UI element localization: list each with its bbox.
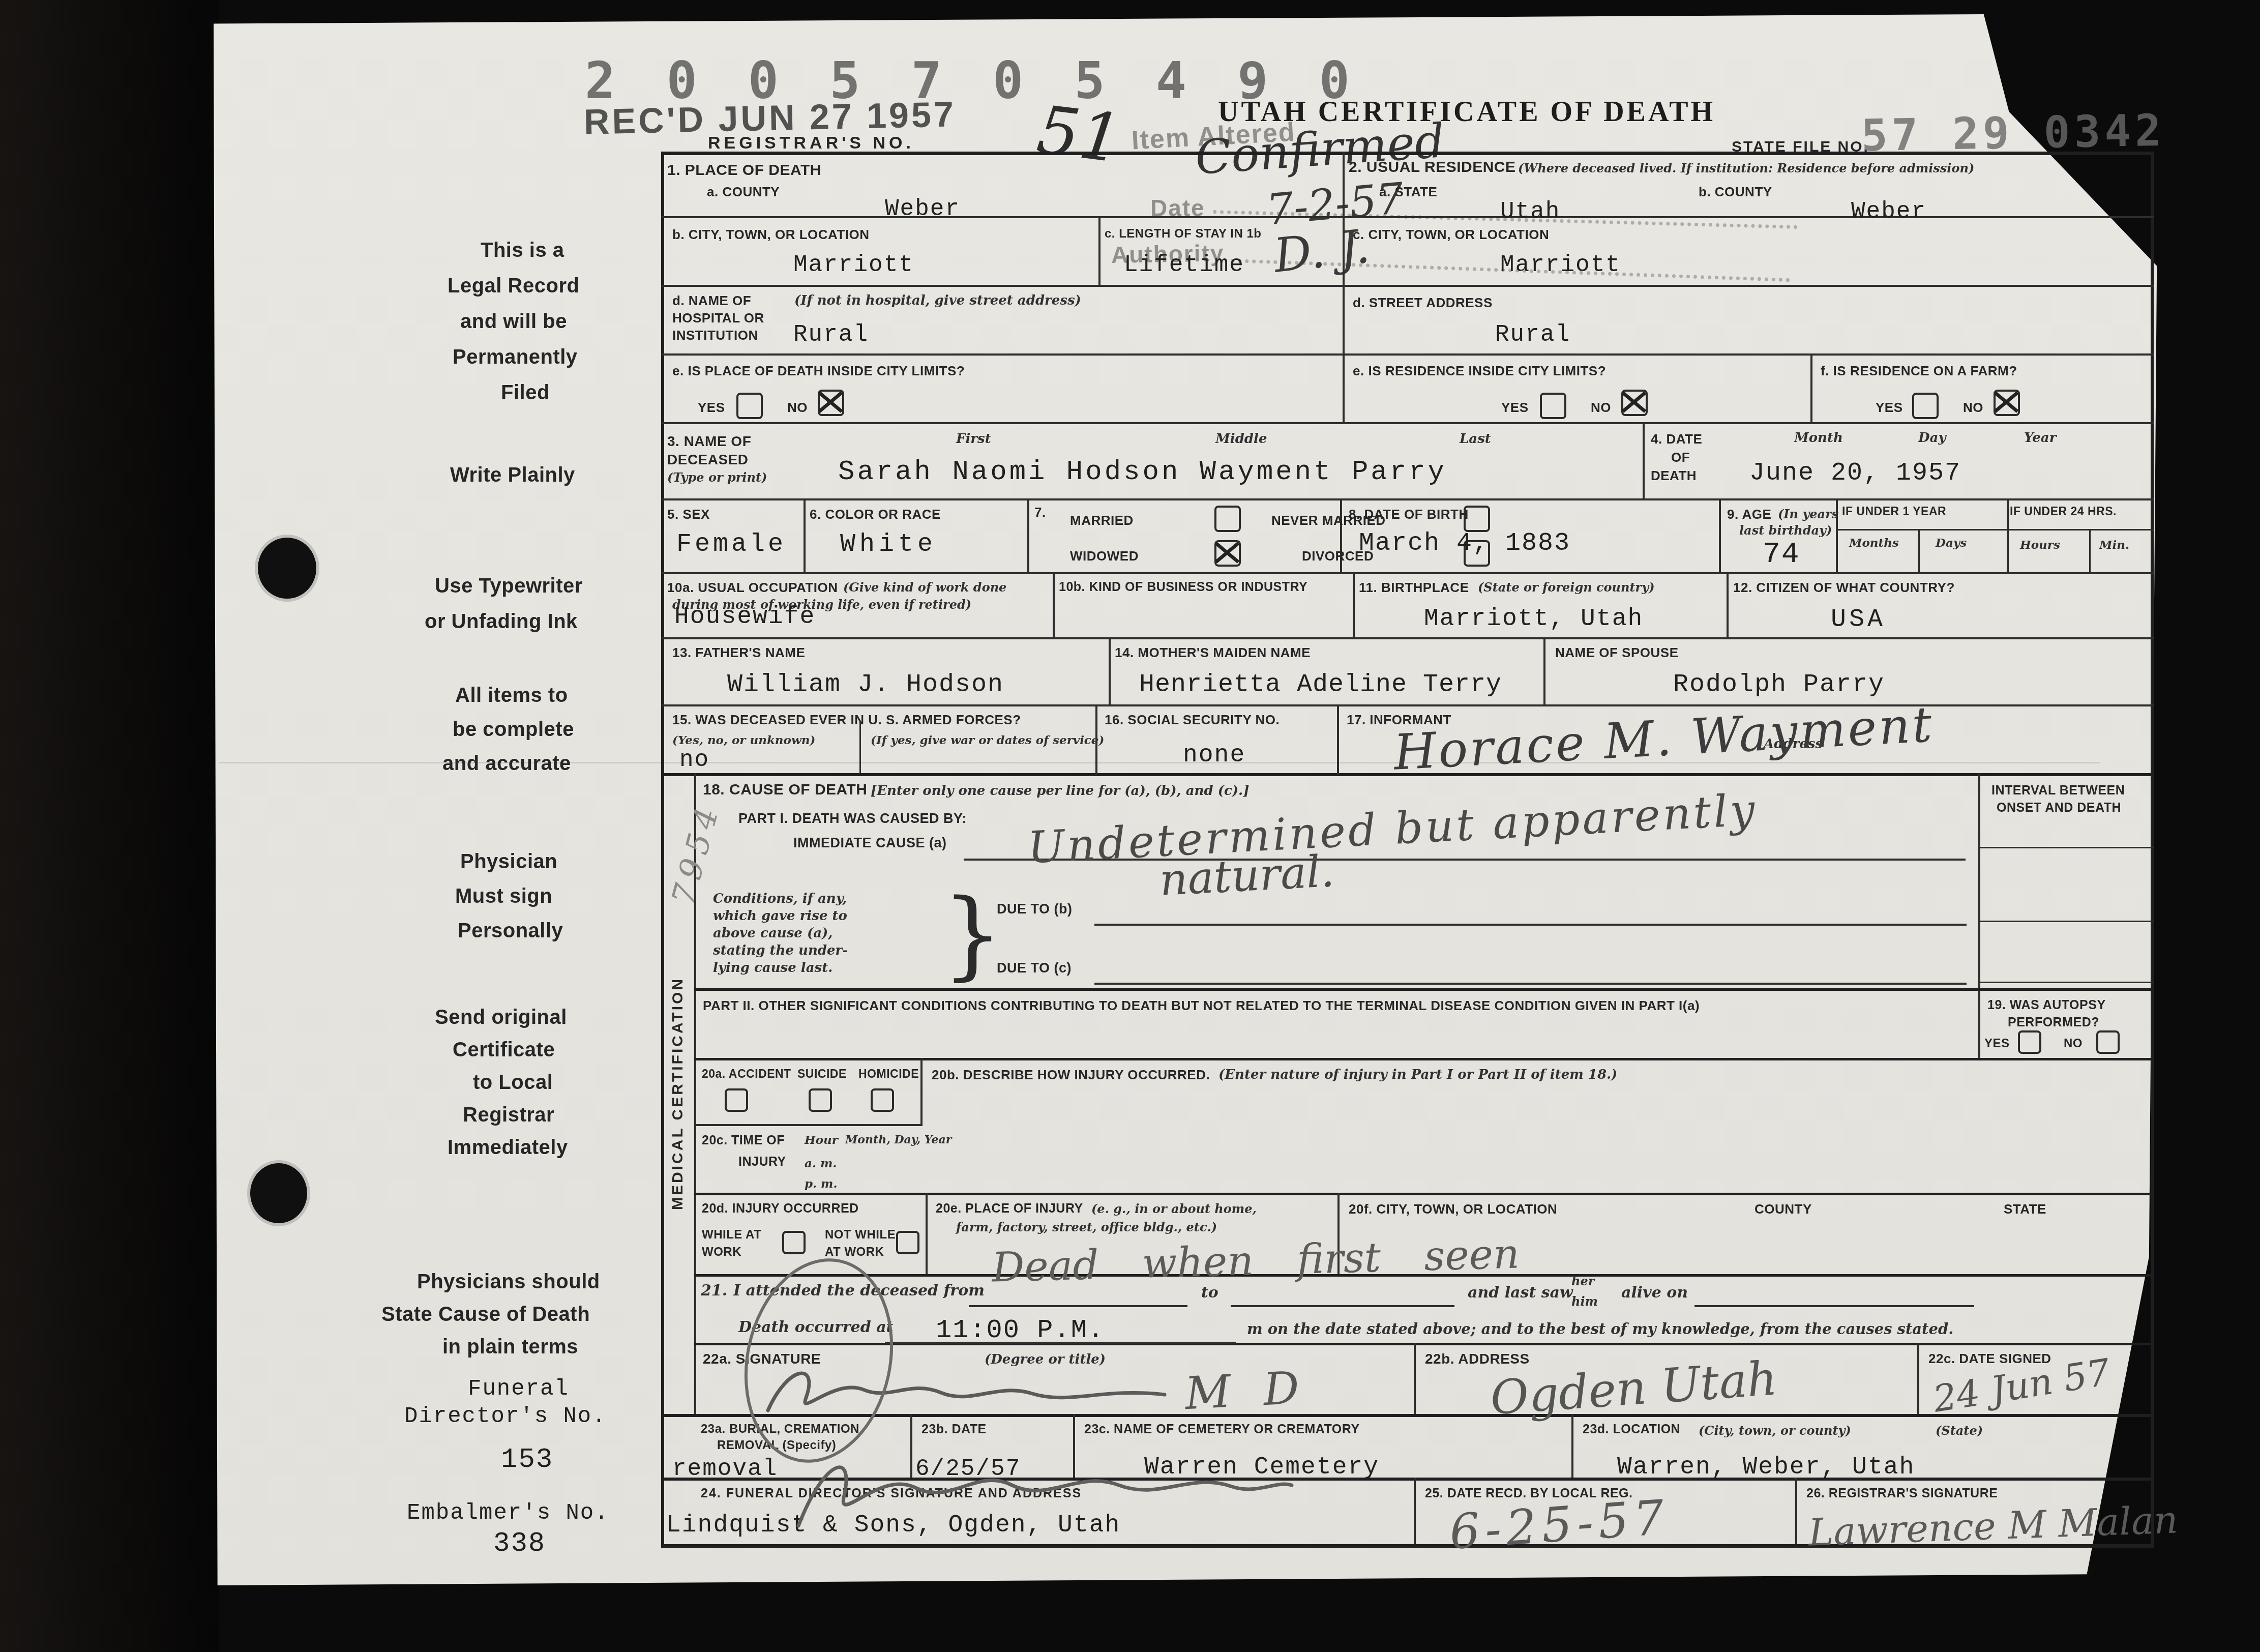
punch-hole (250, 1163, 307, 1223)
conditions-note: above cause (a), (713, 926, 832, 941)
scanner-background (0, 0, 219, 1652)
grid-line (1337, 704, 1339, 775)
margin-plain-terms: Physicians should (417, 1271, 600, 1293)
dod-value: June 20, 1957 (1749, 459, 1961, 488)
industry-label: 10b. KIND OF BUSINESS OR INDUSTRY (1059, 580, 1307, 595)
location-state-note: (State) (1936, 1423, 1983, 1438)
age-note: last birthday) (1739, 523, 1832, 538)
death-time-value: 11:00 P.M. (936, 1315, 1105, 1345)
funeral-director-no-label: Director's No. (404, 1404, 607, 1429)
middle-header: Middle (1215, 431, 1267, 447)
margin-use-typewriter: or Unfading Ink (425, 610, 578, 633)
armed-forces-note: (Yes, no, or unknown) (672, 733, 815, 747)
margin-physician-sign: Personally (458, 920, 563, 942)
hours-header: Hours (2020, 538, 2060, 552)
injury-state-label: STATE (2004, 1201, 2046, 1217)
deceased-name-value: Sarah Naomi Hodson Wayment Parry (838, 457, 1447, 488)
autopsy-label: PERFORMED? (2008, 1015, 2099, 1030)
conditions-brace: } (942, 886, 1003, 983)
race-value: White (840, 530, 937, 559)
pod-county-label: a. COUNTY (707, 184, 780, 200)
time-of-injury-label: INJURY (738, 1155, 786, 1169)
grid-line (1810, 353, 1812, 424)
grid-line (1571, 1414, 1573, 1478)
occupation-value: Housewife (674, 603, 815, 631)
due-to-c-label: DUE TO (c) (997, 960, 1072, 976)
ur-limits-no-label: NO (1591, 400, 1611, 416)
dod-label: 4. DATE (1651, 431, 1702, 447)
immediate-cause-label: IMMEDIATE CAUSE (a) (793, 835, 947, 851)
death-statement: m on the date stated above; and to the b… (1247, 1320, 1953, 1338)
ur-city-label: c. CITY, TOWN, OR LOCATION (1353, 227, 1549, 243)
margin-send-original: Send original (435, 1006, 567, 1029)
while-at-work-label: WHILE AT (702, 1228, 761, 1242)
embalmer-no-label: Embalmer's No. (407, 1500, 609, 1526)
occupation-label: 10a. USUAL OCCUPATION (667, 580, 838, 596)
ur-limits-yes-label: YES (1501, 400, 1529, 416)
injury-occurred-label: 20d. INJURY OCCURRED (702, 1201, 859, 1216)
grid-line (694, 988, 2154, 991)
autopsy-label: 19. WAS AUTOPSY (1987, 998, 2106, 1013)
ur-city-value: Marriott (1500, 252, 1621, 278)
dob-label: 8. DATE OF BIRTH (1349, 507, 1469, 522)
day-header: Day (1918, 430, 1946, 446)
homicide-checkbox (871, 1088, 894, 1112)
autopsy-yes-checkbox (2018, 1030, 2041, 1054)
armed-forces-label: 15. WAS DECEASED EVER IN U. S. ARMED FOR… (672, 712, 1021, 728)
margin-legal-record: This is a (481, 239, 564, 262)
interval-label: INTERVAL BETWEEN (1991, 783, 2125, 798)
margin-physician-sign: Must sign (455, 885, 552, 908)
grid-line (804, 498, 806, 574)
month-day-year-header: Month, Day, Year (845, 1133, 951, 1146)
days-header: Days (1936, 536, 1967, 550)
injury-desc-label: 20b. DESCRIBE HOW INJURY OCCURRED. (932, 1067, 1210, 1083)
pod-hospital-label: HOSPITAL OR (672, 310, 764, 326)
name-label: 3. NAME OF (667, 433, 751, 450)
dod-label: DEATH (1651, 468, 1697, 484)
sex-label: 5. SEX (667, 507, 710, 522)
injury-city-label: 20f. CITY, TOWN, OR LOCATION (1349, 1201, 1557, 1217)
margin-send-original: to Local (473, 1071, 553, 1094)
grid-line (1917, 1343, 1919, 1414)
pod-hospital-label: INSTITUTION (672, 328, 758, 343)
month-header: Month (1794, 430, 1843, 446)
margin-send-original: Registrar (463, 1104, 554, 1127)
ur-limits-no-checkbox (1621, 390, 1648, 416)
occupation-note: (Give kind of work done (843, 580, 1006, 595)
homicide-label: HOMICIDE (858, 1067, 919, 1081)
cause-of-death-note: [Enter only one cause per line for (a), … (871, 783, 1249, 799)
margin-send-original: Certificate (453, 1039, 555, 1061)
suicide-checkbox (809, 1088, 832, 1112)
grid-line (1414, 1343, 1416, 1414)
pod-hospital-value: Rural (793, 321, 869, 348)
ur-farm-no-label: NO (1963, 400, 1983, 416)
name-type-note: (Type or print) (667, 470, 767, 485)
grid-line (661, 422, 2154, 424)
to-label: to (1201, 1284, 1218, 1302)
grid-line (1795, 1478, 1797, 1544)
pod-city-value: Marriott (793, 252, 914, 278)
alive-on-line (1694, 1305, 1974, 1307)
disposition-date-label: 23b. DATE (921, 1422, 987, 1437)
mother-value: Henrietta Adeline Terry (1139, 670, 1502, 699)
scanned-death-certificate: 2 0 0 5 7 0 5 4 9 0 REC'D JUN 27 1957 RE… (0, 0, 2260, 1652)
ur-street-value: Rural (1495, 321, 1570, 348)
suicide-label: SUICIDE (797, 1067, 847, 1081)
injury-desc-note: (Enter nature of injury in Part I or Par… (1218, 1067, 1617, 1082)
attended-to-line (1231, 1305, 1454, 1307)
am-label: a. m. (805, 1157, 837, 1170)
accident-checkbox (725, 1088, 748, 1112)
year-header: Year (2024, 430, 2056, 446)
race-label: 6. COLOR OR RACE (810, 507, 941, 522)
grid-line (1978, 921, 2154, 922)
first-header: First (956, 431, 991, 447)
grid-line (1027, 498, 1029, 574)
name-label: DECEASED (667, 452, 749, 468)
attended-from-line (969, 1305, 1187, 1307)
pod-hospital-note: (If not in hospital, give street address… (794, 293, 1081, 308)
place-of-death-title: 1. PLACE OF DEATH (667, 162, 821, 179)
pod-limits-label: e. IS PLACE OF DEATH INSIDE CITY LIMITS? (672, 363, 965, 379)
dod-label: OF (1671, 450, 1690, 465)
pod-county-value: Weber (885, 196, 960, 222)
autopsy-no-label: NO (2064, 1037, 2083, 1051)
funeral-director-no-value: 153 (501, 1444, 553, 1476)
grid-line (661, 498, 2154, 500)
dob-value: March 4, 1883 (1359, 529, 1570, 558)
conditions-note: lying cause last. (713, 960, 832, 976)
grid-line (694, 1193, 2154, 1195)
grid-line (1978, 847, 2154, 848)
conditions-note: Conditions, if any, (713, 891, 847, 906)
pod-stay-label: c. LENGTH OF STAY IN 1b (1105, 227, 1261, 241)
registrar-no-label: REGISTRAR'S NO. (708, 133, 914, 153)
grid-line (1543, 637, 1545, 706)
her-label: her (1571, 1274, 1594, 1288)
grid-line (694, 1058, 2154, 1060)
pod-stay-value: Lifetime (1124, 252, 1244, 278)
ur-state-label: a. STATE (1379, 184, 1437, 200)
birthplace-value: Marriott, Utah (1424, 605, 1643, 633)
injury-county-label: COUNTY (1755, 1201, 1812, 1217)
margin-legal-record: Permanently (453, 346, 578, 369)
pod-hospital-label: d. NAME OF (672, 293, 751, 309)
ur-farm-no-checkbox (1994, 390, 2020, 416)
attended-number: 21. (701, 1282, 727, 1300)
min-header: Min. (2099, 538, 2129, 552)
grid-line (1727, 572, 1729, 639)
grid-line (661, 285, 2154, 287)
pod-limits-yes-checkbox (736, 393, 763, 419)
part2-label: PART II. OTHER SIGNIFICANT CONDITIONS CO… (703, 998, 1700, 1014)
usual-residence-title: 2. USUAL RESIDENCE (1349, 159, 1516, 176)
ur-farm-yes-label: YES (1876, 400, 1903, 416)
due-to-b-line (1094, 924, 1967, 926)
grid-line (1836, 529, 2154, 530)
location-label: 23d. LOCATION (1583, 1422, 1680, 1437)
usual-residence-note: (Where deceased lived. If institution: R… (1518, 161, 1974, 175)
grid-line (920, 1058, 923, 1124)
last-header: Last (1460, 431, 1491, 447)
registrar-signature-label: 26. REGISTRAR'S SIGNATURE (1806, 1486, 1998, 1501)
not-while-at-work-label: NOT WHILE (825, 1228, 896, 1242)
grid-line (1978, 773, 1980, 1058)
citizen-value: USA (1831, 605, 1886, 634)
location-note: (City, town, or county) (1699, 1423, 1851, 1438)
alive-on-label: alive on (1621, 1284, 1688, 1302)
margin-legal-record: Legal Record (448, 275, 579, 298)
due-to-b-label: DUE TO (b) (997, 901, 1073, 917)
conditions-note: which gave rise to (713, 908, 847, 924)
funeral-director-signature-scrawl (783, 1450, 1302, 1541)
grid-line (1343, 152, 1345, 424)
margin-all-items: be complete (453, 718, 574, 741)
under-24-hrs-label: IF UNDER 24 HRS. (2010, 505, 2117, 518)
him-label: him (1571, 1294, 1598, 1309)
grid-line (859, 722, 861, 773)
ur-limits-label: e. IS RESIDENCE INSIDE CITY LIMITS? (1353, 363, 1606, 379)
ur-farm-label: f. IS RESIDENCE ON A FARM? (1821, 363, 2017, 379)
hour-header: Hour (805, 1133, 838, 1147)
pod-limits-no-checkbox (818, 390, 844, 416)
margin-use-typewriter: Use Typewriter (435, 575, 583, 598)
under-1-year-label: IF UNDER 1 YEAR (1842, 505, 1946, 518)
margin-send-original: Immediately (448, 1136, 568, 1159)
married-label: MARRIED (1070, 513, 1134, 528)
grid-line (661, 572, 2154, 574)
margin-legal-record: and will be (460, 310, 567, 333)
funeral-director-no-label: Funeral (468, 1376, 569, 1402)
margin-physician-sign: Physician (460, 850, 557, 873)
ur-state-value: Utah (1500, 198, 1560, 225)
location-value: Warren, Weber, Utah (1617, 1454, 1915, 1481)
age-note: (In years (1778, 507, 1838, 521)
widowed-label: WIDOWED (1070, 548, 1139, 564)
age-label: 9. AGE (1727, 507, 1771, 522)
citizen-label: 12. CITIZEN OF WHAT COUNTRY? (1733, 580, 1955, 596)
conditions-note: stating the under- (713, 943, 848, 958)
interval-label: ONSET AND DEATH (1997, 801, 2121, 815)
part1-label: PART I. DEATH WAS CAUSED BY: (738, 811, 967, 827)
cause-of-death-label: 18. CAUSE OF DEATH (703, 781, 868, 799)
time-of-injury-label: 20c. TIME OF (702, 1133, 785, 1148)
grid-line (2151, 152, 2154, 1548)
ur-street-label: d. STREET ADDRESS (1353, 295, 1493, 311)
margin-legal-record: Filed (501, 381, 550, 404)
father-value: William J. Hodson (727, 670, 1004, 699)
margin-all-items: and accurate (442, 752, 571, 775)
physician-degree-handwriting: M D (1183, 1361, 1310, 1420)
grid-line (1098, 216, 1101, 287)
grid-line (661, 353, 2154, 356)
widowed-checkbox (1214, 540, 1241, 567)
ur-county-value: Weber (1851, 198, 1926, 225)
grid-line (1643, 422, 1645, 500)
ur-county-label: b. COUNTY (1699, 184, 1772, 200)
father-label: 13. FATHER'S NAME (672, 645, 805, 661)
signature-flourish (727, 1251, 910, 1470)
punch-hole (258, 538, 316, 599)
sex-value: Female (676, 530, 786, 559)
last-saw-label: and last saw (1468, 1284, 1573, 1302)
margin-all-items: All items to (455, 684, 568, 707)
pod-limits-no-label: NO (787, 400, 808, 416)
medical-certification-label: MEDICAL CERTIFICATION (669, 977, 687, 1210)
accident-label: 20a. ACCIDENT (702, 1067, 791, 1081)
grid-line (1719, 498, 1721, 574)
autopsy-yes-label: YES (1984, 1037, 2010, 1051)
spouse-value: Rodolph Parry (1673, 670, 1885, 699)
autopsy-no-checkbox (2096, 1030, 2120, 1054)
address-label: 22b. ADDRESS (1425, 1351, 1530, 1367)
grid-line (926, 1193, 928, 1274)
grid-line (1978, 982, 2154, 983)
grid-line (1109, 637, 1111, 706)
spouse-label: NAME OF SPOUSE (1555, 645, 1678, 661)
registrar-no-handwritten: 51 (1033, 91, 1126, 178)
marital-number: 7. (1034, 505, 1046, 520)
grid-line (1918, 529, 1920, 574)
place-of-injury-note: farm, factory, street, office bldg., etc… (956, 1220, 1217, 1234)
place-of-injury-note: (e. g., in or about home, (1091, 1201, 1257, 1216)
grid-line (1053, 572, 1055, 639)
certificate-title: UTAH CERTIFICATE OF DEATH (1218, 96, 1715, 128)
grid-line (661, 637, 2154, 639)
grid-line (661, 152, 2154, 155)
ur-farm-yes-checkbox (1912, 393, 1939, 419)
ssn-value: none (1183, 742, 1245, 769)
margin-plain-terms: in plain terms (442, 1336, 578, 1359)
armed-forces-value: no (679, 747, 709, 773)
age-value: 74 (1763, 538, 1800, 571)
margin-write-plainly: Write Plainly (450, 464, 575, 487)
embalmer-no-value: 338 (493, 1528, 546, 1559)
pm-label: p. m. (805, 1177, 837, 1191)
cause-handwriting: natural. (1158, 846, 1336, 906)
cemetery-label: 23c. NAME OF CEMETERY OR CREMATORY (1084, 1422, 1360, 1437)
ur-limits-yes-checkbox (1540, 393, 1566, 419)
birthplace-label: 11. BIRTHPLACE (1359, 580, 1469, 596)
margin-plain-terms: State Cause of Death (381, 1303, 590, 1326)
pod-limits-yes-label: YES (698, 400, 725, 416)
armed-forces-note: (If yes, give war or dates of service) (871, 733, 1104, 747)
months-header: Months (1849, 536, 1899, 550)
married-checkbox (1214, 506, 1241, 532)
grid-line (2089, 529, 2091, 574)
grid-line (1353, 572, 1355, 639)
due-to-c-line (1094, 983, 1967, 985)
grid-line (1414, 1478, 1416, 1544)
birthplace-note: (State or foreign country) (1478, 580, 1655, 595)
place-of-injury-label: 20e. PLACE OF INJURY (936, 1201, 1083, 1216)
mother-label: 14. MOTHER'S MAIDEN NAME (1115, 645, 1311, 661)
grid-line (694, 1124, 923, 1126)
pod-city-label: b. CITY, TOWN, OR LOCATION (672, 227, 870, 243)
grid-line (2007, 498, 2009, 574)
ssn-label: 16. SOCIAL SECURITY NO. (1105, 712, 1280, 728)
